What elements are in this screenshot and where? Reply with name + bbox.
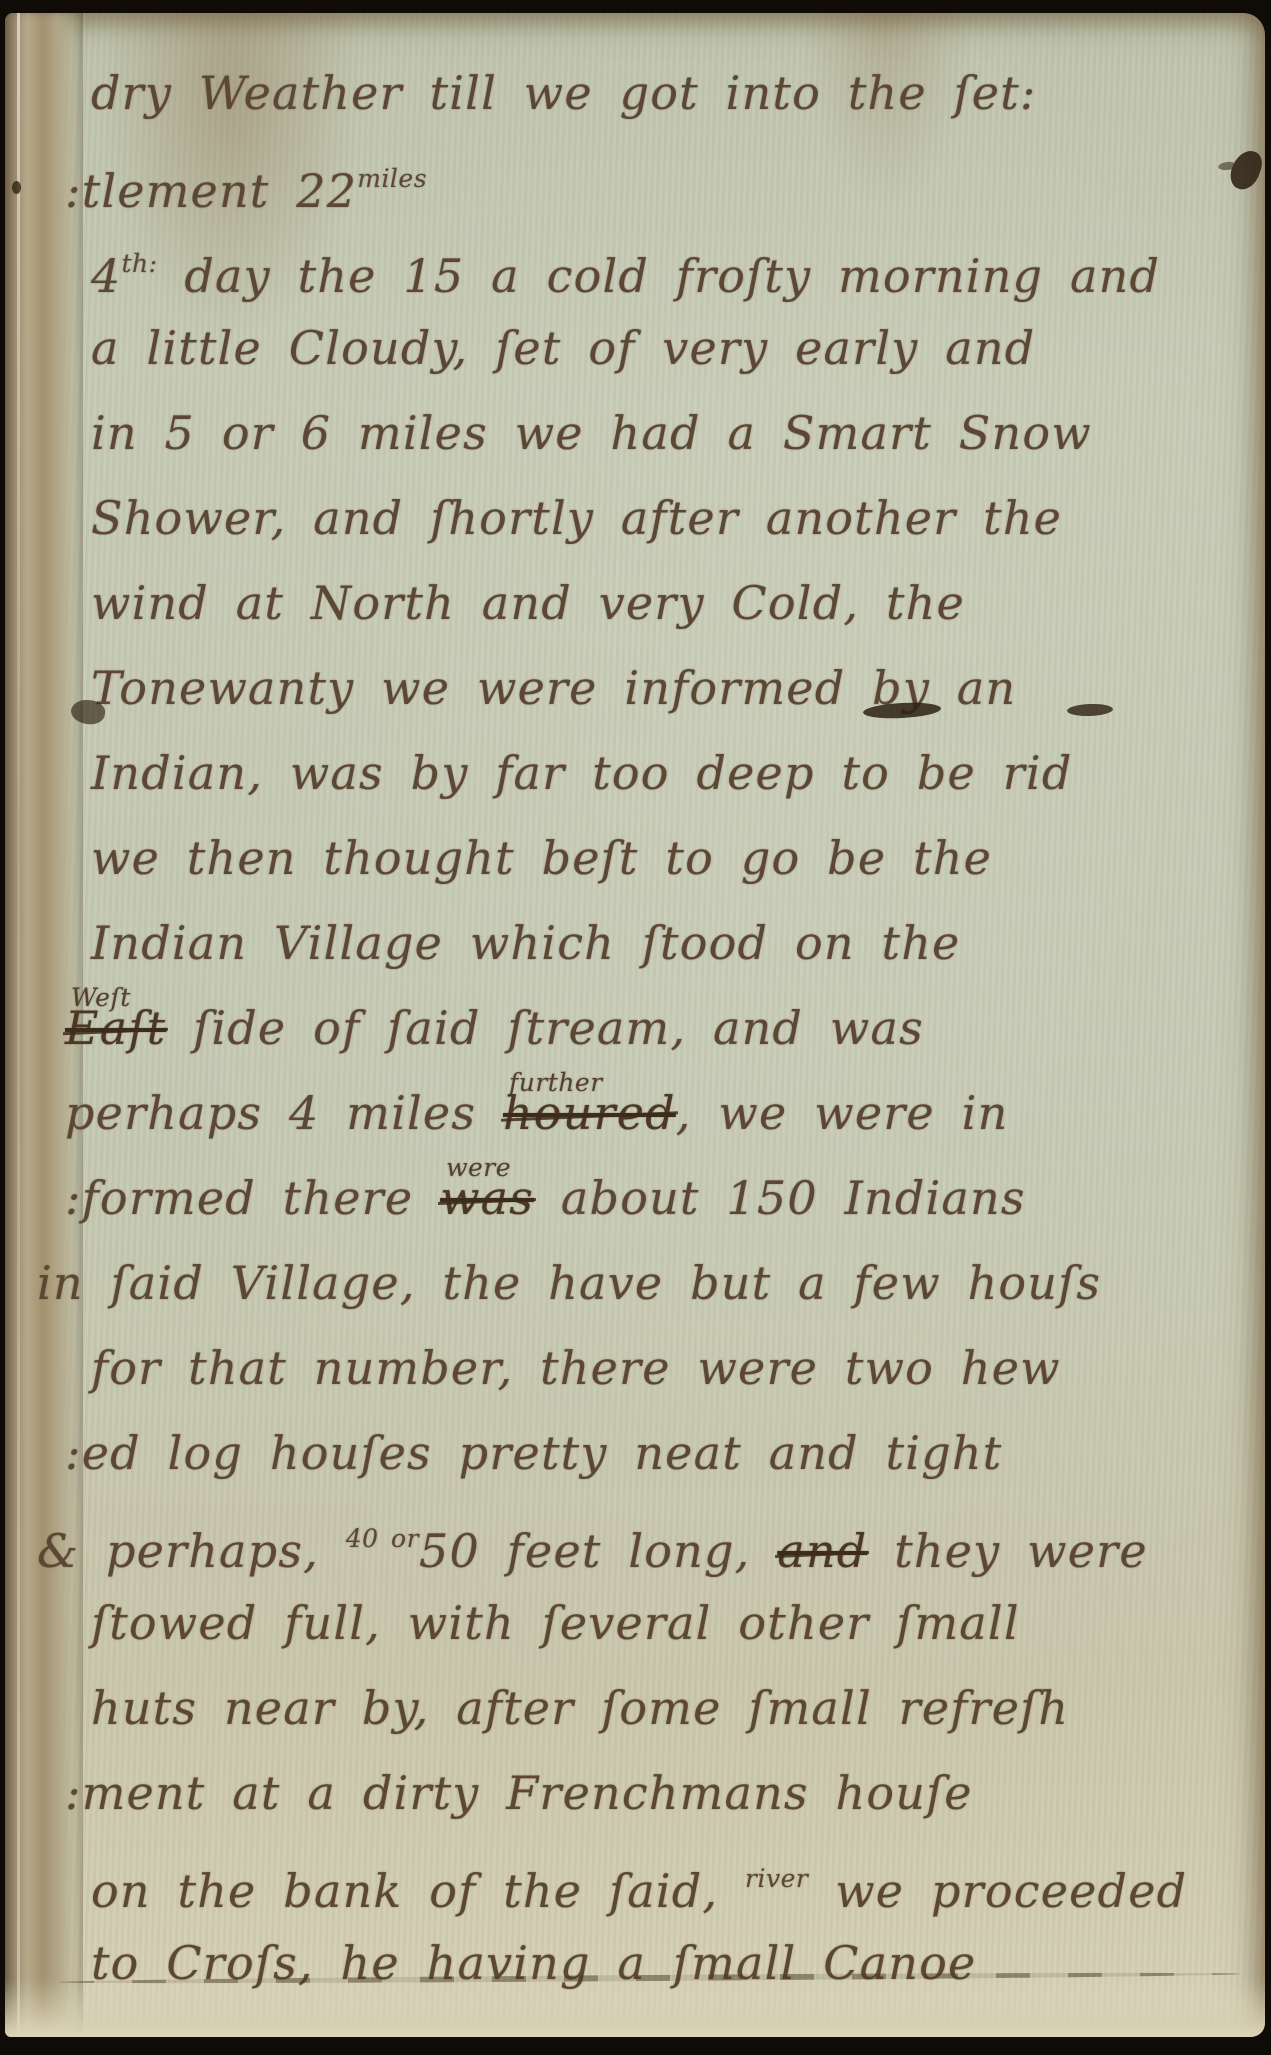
text-segment: on the bank of the ſaid,: [91, 1864, 745, 1918]
text-segment: :tlement 22: [65, 164, 357, 218]
manuscript-line: we then thought beſt to go be the: [91, 816, 1259, 901]
manuscript-line: for that number, there were two hew: [91, 1326, 1259, 1411]
correction-group: werewas: [440, 1156, 534, 1241]
text-segment: ſide of ſaid ſtream, and was: [166, 1001, 924, 1055]
ink-dot-left-margin: [12, 181, 21, 194]
text-segment: 4: [91, 249, 121, 303]
manuscript-line: WeſtEaſt ſide of ſaid ſtream, and was: [65, 986, 1259, 1071]
manuscript-line: :tlement 22miles: [65, 136, 1259, 221]
manuscript-line: & perhaps, 40 or50 feet long, and they w…: [37, 1496, 1259, 1581]
text-segment: ſtowed full, with ſeveral other ſmall: [91, 1596, 1020, 1650]
manuscript-line: :ed log houſes pretty neat and tight: [65, 1411, 1259, 1496]
text-segment: a little Cloudy, ſet of very early and: [91, 321, 1035, 375]
text-segment: we proceeded: [808, 1864, 1187, 1918]
inserted-word: th:: [121, 249, 157, 278]
text-segment: Shower, and ſhortly after another the: [91, 491, 1062, 545]
text-segment: huts near by, after ſome ſmall refreſh: [91, 1681, 1069, 1735]
text-segment: & perhaps,: [37, 1524, 346, 1578]
text-segment: :formed there: [65, 1171, 440, 1225]
correction-group: furtherhoured: [503, 1071, 676, 1156]
manuscript-line: dry Weather till we got into the ſet:: [91, 51, 1259, 136]
manuscript-line: Shower, and ſhortly after another the: [91, 476, 1259, 561]
text-segment: 50 feet long,: [419, 1524, 777, 1578]
text-segment: :ment at a dirty Frenchmans houſe: [65, 1766, 973, 1820]
text-segment: for that number, there were two hew: [91, 1341, 1061, 1395]
struck-word: Eaſt: [65, 986, 166, 1071]
text-segment: , we were in: [676, 1086, 1009, 1140]
correction-group: WeſtEaſt: [65, 986, 166, 1071]
struck-word: houred: [503, 1071, 676, 1156]
manuscript-line: wind at North and very Cold, the: [91, 561, 1259, 646]
text-segment: in 5 or 6 miles we had a Smart Snow: [91, 406, 1092, 460]
text-segment: they were: [867, 1524, 1147, 1578]
text-segment: dry Weather till we got into the ſet:: [91, 66, 1037, 120]
manuscript-line: Indian, was by far too deep to be rid: [91, 731, 1259, 816]
manuscript-line: to Croſs, he having a ſmall Canoe: [91, 1921, 1259, 2006]
manuscript-line: :formed there werewas about 150 Indians: [65, 1156, 1259, 1241]
manuscript-line: in 5 or 6 miles we had a Smart Snow: [91, 391, 1259, 476]
scan-background: { "document": { "kind": "handwritten jou…: [0, 0, 1271, 2055]
manuscript-line: perhaps 4 miles furtherhoured, we were i…: [65, 1071, 1259, 1156]
manuscript-lines: dry Weather till we got into the ſet::tl…: [5, 13, 1265, 2037]
inserted-word: 40 or: [346, 1524, 419, 1553]
text-segment: about 150 Indians: [534, 1171, 1026, 1225]
text-segment: Indian, was by far too deep to be rid: [91, 746, 1073, 800]
text-segment: wind at North and very Cold, the: [91, 576, 965, 630]
struck-word: and: [777, 1509, 867, 1594]
manuscript-line: a little Cloudy, ſet of very early and: [91, 306, 1259, 391]
manuscript-line: huts near by, after ſome ſmall refreſh: [91, 1666, 1259, 1751]
inserted-word: river: [745, 1864, 808, 1893]
manuscript-line: Tonewanty we were informed by an: [91, 646, 1259, 731]
manuscript-line: 4th: day the 15 a cold froſty morning an…: [91, 221, 1259, 306]
text-segment: :ed log houſes pretty neat and tight: [65, 1426, 1002, 1480]
text-segment: in ſaid Village, the have but a few houſ…: [37, 1256, 1101, 1310]
text-segment: perhaps 4 miles: [65, 1086, 503, 1140]
manuscript-line: ſtowed full, with ſeveral other ſmall: [91, 1581, 1259, 1666]
manuscript-line: Indian Village which ſtood on the: [91, 901, 1259, 986]
journal-page: dry Weather till we got into the ſet::tl…: [5, 13, 1265, 2037]
manuscript-line: on the bank of the ſaid, river we procee…: [91, 1836, 1259, 1921]
text-segment: Indian Village which ſtood on the: [91, 916, 960, 970]
text-segment: day the 15 a cold froſty morning and: [158, 249, 1161, 303]
manuscript-line: in ſaid Village, the have but a few houſ…: [37, 1241, 1259, 1326]
inserted-word: miles: [357, 164, 427, 193]
struck-word: was: [440, 1156, 534, 1241]
manuscript-line: :ment at a dirty Frenchmans houſe: [65, 1751, 1259, 1836]
text-segment: we then thought beſt to go be the: [91, 831, 992, 885]
